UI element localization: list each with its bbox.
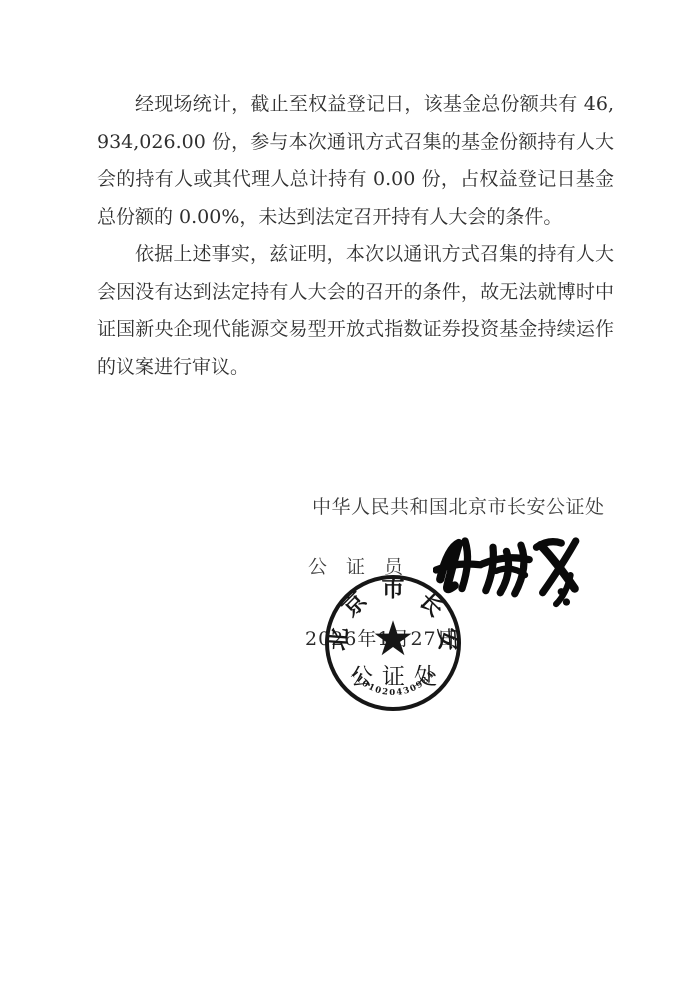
paragraph-certification-conclusion: 依据上述事实，兹证明，本次以通讯方式召集的持有人大会因没有达到法定持有人大会的召…	[97, 236, 614, 386]
seal-arc-char: 京	[337, 587, 372, 622]
star-icon: ★	[371, 611, 414, 667]
notary-office-name: 中华人民共和国北京市长安公证处	[312, 494, 605, 520]
seal-arc-char: 北	[324, 627, 353, 652]
notary-certificate-page: 经现场统计，截止至权益登记日，该基金总份额共有 46,934,026.00 份，…	[0, 0, 700, 990]
seal-arc-char: 市	[382, 575, 405, 602]
paragraph-vote-statistics: 经现场统计，截止至权益登记日，该基金总份额共有 46,934,026.00 份，…	[97, 86, 614, 236]
certificate-body-text: 经现场统计，截止至权益登记日，该基金总份额共有 46,934,026.00 份，…	[97, 86, 614, 386]
seal-arc-char: 安	[433, 627, 462, 652]
seal-arc-char: 长	[414, 587, 449, 622]
notary-seal-stamp: 北 京 市 长 安 ★ 公证处 1101020430984	[318, 568, 468, 718]
